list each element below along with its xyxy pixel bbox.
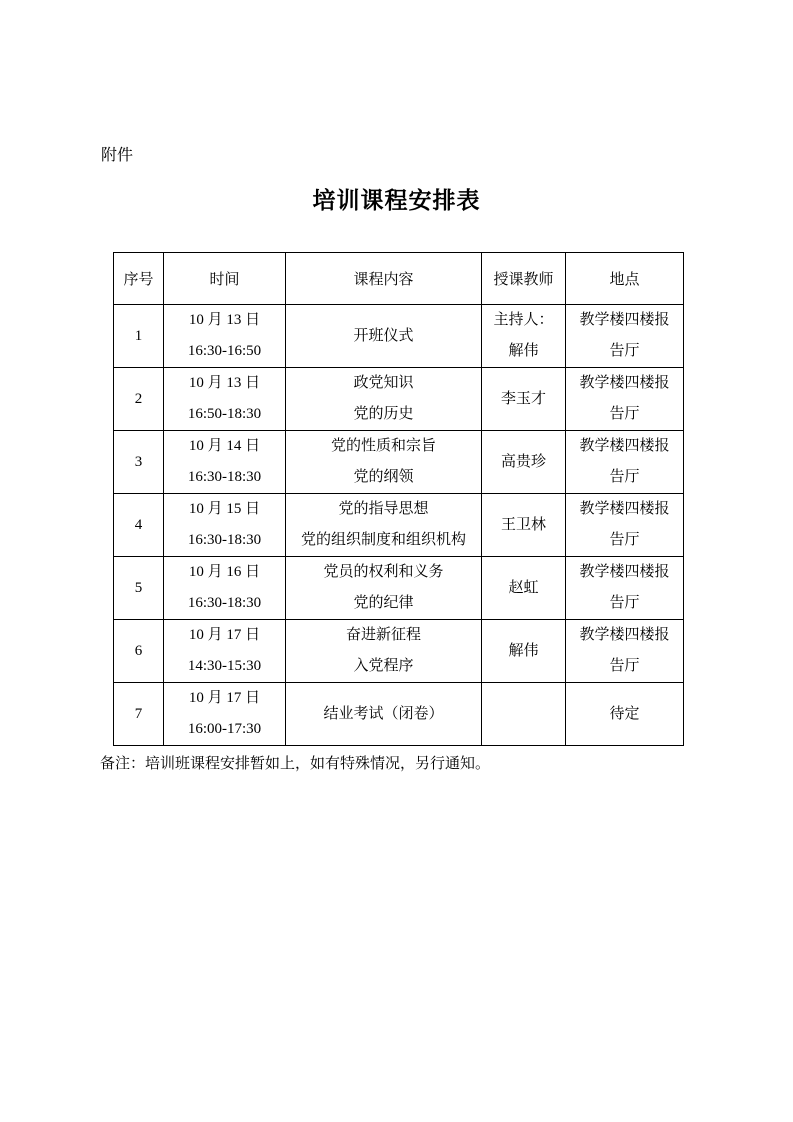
schedule-table: 序号 时间 课程内容 授课教师 地点 110 月 13 日16:30-16:50…	[113, 252, 684, 746]
cell-location: 待定	[566, 683, 684, 746]
cell-no: 7	[114, 683, 164, 746]
cell-location: 教学楼四楼报告厅	[566, 620, 684, 683]
cell-time-line: 10 月 16 日	[164, 557, 285, 588]
cell-location-line: 告厅	[566, 336, 683, 367]
cell-location-line: 教学楼四楼报	[566, 620, 683, 651]
cell-teacher: 主持人：解伟	[482, 305, 566, 368]
cell-content-line: 开班仪式	[286, 321, 481, 352]
cell-time-line: 10 月 13 日	[164, 368, 285, 399]
cell-time-line: 14:30-15:30	[164, 651, 285, 682]
cell-location: 教学楼四楼报告厅	[566, 305, 684, 368]
cell-no-line: 6	[114, 636, 163, 667]
cell-teacher-line: 赵虹	[482, 573, 565, 604]
cell-time: 10 月 17 日14:30-15:30	[164, 620, 286, 683]
table-row: 510 月 16 日16:30-18:30党员的权利和义务党的纪律赵虹教学楼四楼…	[114, 557, 684, 620]
cell-no-line: 5	[114, 573, 163, 604]
cell-teacher	[482, 683, 566, 746]
cell-teacher: 赵虹	[482, 557, 566, 620]
header-no: 序号	[114, 253, 164, 305]
cell-content-line: 党的性质和宗旨	[286, 431, 481, 462]
header-location: 地点	[566, 253, 684, 305]
header-content: 课程内容	[286, 253, 482, 305]
cell-no: 2	[114, 368, 164, 431]
cell-teacher: 解伟	[482, 620, 566, 683]
cell-content-line: 入党程序	[286, 651, 481, 682]
table-row: 310 月 14 日16:30-18:30党的性质和宗旨党的纲领高贵珍教学楼四楼…	[114, 431, 684, 494]
cell-no-line: 3	[114, 447, 163, 478]
cell-teacher-line: 主持人：	[482, 305, 565, 336]
cell-location-line: 告厅	[566, 525, 683, 556]
cell-content: 党的性质和宗旨党的纲领	[286, 431, 482, 494]
attachment-label: 附件	[101, 147, 133, 165]
cell-location-line: 教学楼四楼报	[566, 305, 683, 336]
cell-location-line: 待定	[566, 699, 683, 730]
cell-content: 开班仪式	[286, 305, 482, 368]
cell-content-line: 党员的权利和义务	[286, 557, 481, 588]
cell-time-line: 10 月 13 日	[164, 305, 285, 336]
cell-content-line: 政党知识	[286, 368, 481, 399]
cell-content-line: 党的组织制度和组织机构	[286, 525, 481, 556]
cell-location-line: 告厅	[566, 399, 683, 430]
cell-no-line: 1	[114, 321, 163, 352]
cell-no-line: 2	[114, 384, 163, 415]
cell-time: 10 月 13 日16:30-16:50	[164, 305, 286, 368]
cell-content-line: 奋进新征程	[286, 620, 481, 651]
table-row: 410 月 15 日16:30-18:30党的指导思想党的组织制度和组织机构王卫…	[114, 494, 684, 557]
cell-time-line: 16:30-16:50	[164, 336, 285, 367]
table-row: 110 月 13 日16:30-16:50开班仪式主持人：解伟教学楼四楼报告厅	[114, 305, 684, 368]
cell-time: 10 月 16 日16:30-18:30	[164, 557, 286, 620]
header-teacher: 授课教师	[482, 253, 566, 305]
cell-content-line: 党的纪律	[286, 588, 481, 619]
cell-time: 10 月 13 日16:50-18:30	[164, 368, 286, 431]
cell-no: 6	[114, 620, 164, 683]
cell-time-line: 16:00-17:30	[164, 714, 285, 745]
cell-content-line: 党的纲领	[286, 462, 481, 493]
cell-location-line: 教学楼四楼报	[566, 368, 683, 399]
cell-teacher-line: 解伟	[482, 336, 565, 367]
cell-content-line: 党的指导思想	[286, 494, 481, 525]
cell-no: 4	[114, 494, 164, 557]
cell-content: 党的指导思想党的组织制度和组织机构	[286, 494, 482, 557]
cell-teacher-line: 李玉才	[482, 384, 565, 415]
table-row: 710 月 17 日16:00-17:30结业考试（闭卷）待定	[114, 683, 684, 746]
cell-no: 3	[114, 431, 164, 494]
cell-location-line: 教学楼四楼报	[566, 494, 683, 525]
cell-content: 党员的权利和义务党的纪律	[286, 557, 482, 620]
cell-time-line: 10 月 17 日	[164, 620, 285, 651]
cell-teacher-line: 王卫林	[482, 510, 565, 541]
table-header-row: 序号 时间 课程内容 授课教师 地点	[114, 253, 684, 305]
cell-time-line: 16:30-18:30	[164, 588, 285, 619]
cell-time: 10 月 15 日16:30-18:30	[164, 494, 286, 557]
page-title: 培训课程安排表	[0, 182, 793, 215]
table-row: 210 月 13 日16:50-18:30政党知识党的历史李玉才教学楼四楼报告厅	[114, 368, 684, 431]
cell-time-line: 16:30-18:30	[164, 525, 285, 556]
cell-location: 教学楼四楼报告厅	[566, 368, 684, 431]
cell-location: 教学楼四楼报告厅	[566, 494, 684, 557]
cell-no: 5	[114, 557, 164, 620]
cell-content: 政党知识党的历史	[286, 368, 482, 431]
cell-content-line: 结业考试（闭卷）	[286, 699, 481, 730]
cell-teacher: 李玉才	[482, 368, 566, 431]
cell-no: 1	[114, 305, 164, 368]
cell-time-line: 16:30-18:30	[164, 462, 285, 493]
document-page: 附件 培训课程安排表 序号 时间 课程内容 授课教师 地点 110 月 13 日…	[0, 0, 793, 1122]
cell-location: 教学楼四楼报告厅	[566, 431, 684, 494]
cell-location: 教学楼四楼报告厅	[566, 557, 684, 620]
cell-time: 10 月 17 日16:00-17:30	[164, 683, 286, 746]
cell-time: 10 月 14 日16:30-18:30	[164, 431, 286, 494]
cell-no-line: 4	[114, 510, 163, 541]
cell-location-line: 告厅	[566, 588, 683, 619]
cell-location-line: 告厅	[566, 462, 683, 493]
cell-teacher: 王卫林	[482, 494, 566, 557]
cell-location-line: 教学楼四楼报	[566, 431, 683, 462]
cell-teacher: 高贵珍	[482, 431, 566, 494]
cell-time-line: 10 月 17 日	[164, 683, 285, 714]
note: 备注：培训班课程安排暂如上，如有特殊情况，另行通知。	[100, 753, 490, 775]
cell-teacher-line: 高贵珍	[482, 447, 565, 478]
cell-no-line: 7	[114, 699, 163, 730]
header-time: 时间	[164, 253, 286, 305]
cell-location-line: 告厅	[566, 651, 683, 682]
cell-content-line: 党的历史	[286, 399, 481, 430]
cell-content: 奋进新征程入党程序	[286, 620, 482, 683]
cell-time-line: 10 月 14 日	[164, 431, 285, 462]
table-row: 610 月 17 日14:30-15:30奋进新征程入党程序解伟教学楼四楼报告厅	[114, 620, 684, 683]
cell-teacher-line: 解伟	[482, 636, 565, 667]
cell-time-line: 16:50-18:30	[164, 399, 285, 430]
cell-content: 结业考试（闭卷）	[286, 683, 482, 746]
cell-location-line: 教学楼四楼报	[566, 557, 683, 588]
cell-time-line: 10 月 15 日	[164, 494, 285, 525]
